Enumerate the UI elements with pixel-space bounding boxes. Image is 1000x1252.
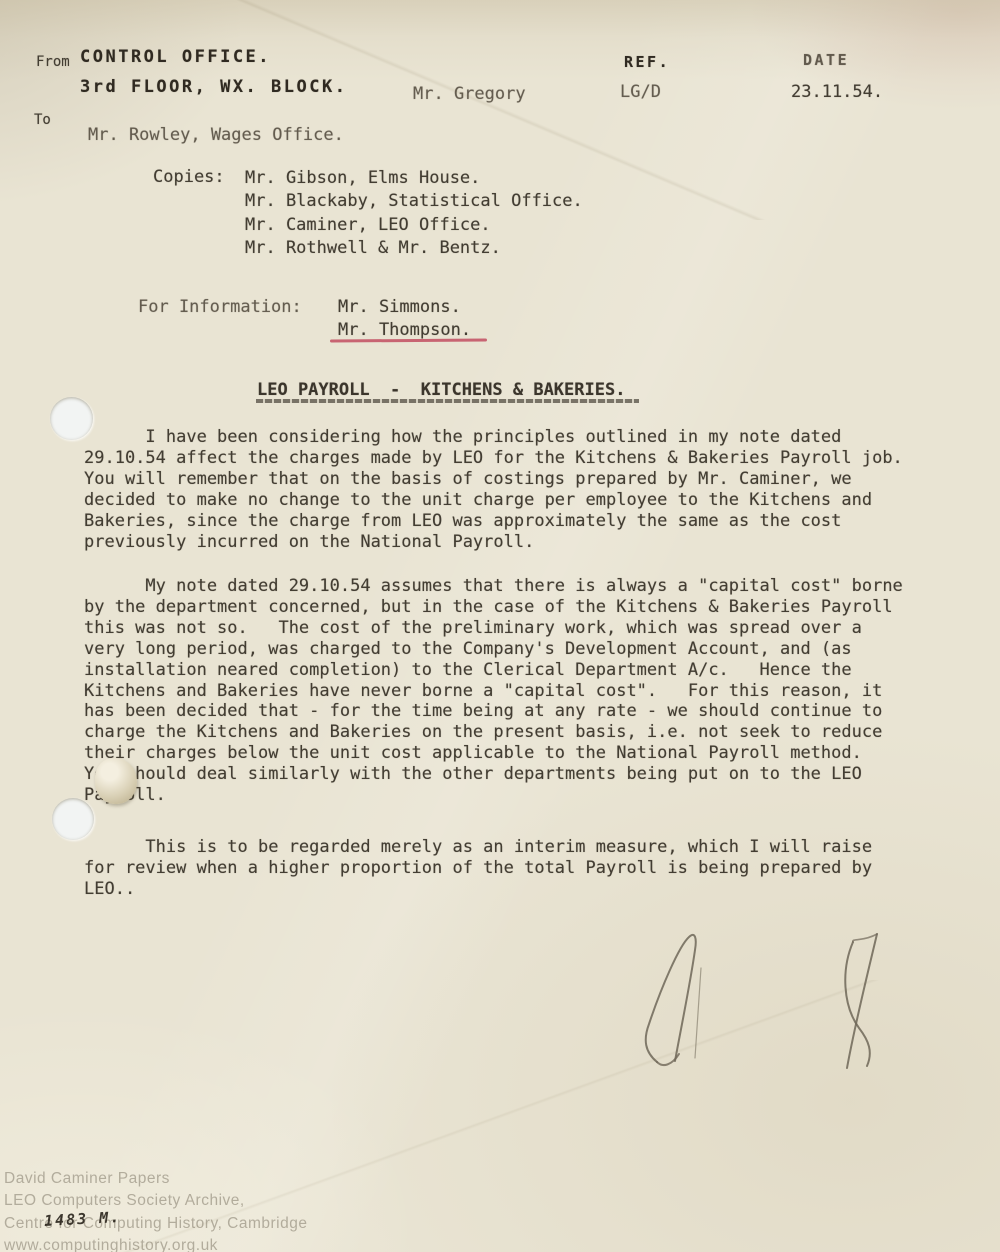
date-label: DATE (803, 50, 849, 71)
for-information-name-1: Mr. Simmons. (338, 297, 461, 318)
paragraph-1: I have been considering how the principl… (84, 427, 903, 552)
ref-label: REF. (624, 52, 670, 73)
from-office-line1: CONTROL OFFICE. (80, 47, 271, 68)
date-value: 23.11.54. (791, 82, 883, 103)
punch-hole-bottom (52, 798, 94, 840)
from-office-line2: 3rd FLOOR, WX. BLOCK. (80, 77, 347, 98)
copies-names: Mr. Gibson, Elms House. Mr. Blackaby, St… (245, 167, 583, 260)
paragraph-2: My note dated 29.10.54 assumes that ther… (84, 576, 903, 806)
punch-hole-top (50, 397, 93, 440)
archive-watermark: David Caminer Papers LEO Computers Socie… (4, 1168, 308, 1252)
from-label: From (36, 52, 70, 73)
title-underline (256, 399, 639, 403)
to-label: To (34, 110, 51, 131)
attention-name: Mr. Gregory (413, 84, 526, 105)
memo-title: LEO PAYROLL - KITCHENS & BAKERIES. (257, 380, 625, 401)
scanned-memo-page: From CONTROL OFFICE. 3rd FLOOR, WX. BLOC… (0, 0, 1000, 1252)
paragraph-3: This is to be regarded merely as an inte… (84, 837, 872, 900)
signature-right (833, 928, 908, 1078)
red-ink-underline (330, 338, 487, 342)
ref-value: LG/D (620, 82, 661, 103)
signature-left (635, 930, 730, 1075)
for-information-label: For Information: (138, 297, 302, 318)
paper-crumple (95, 758, 137, 804)
to-value: Mr. Rowley, Wages Office. (88, 125, 344, 146)
copies-label: Copies: (153, 167, 225, 188)
